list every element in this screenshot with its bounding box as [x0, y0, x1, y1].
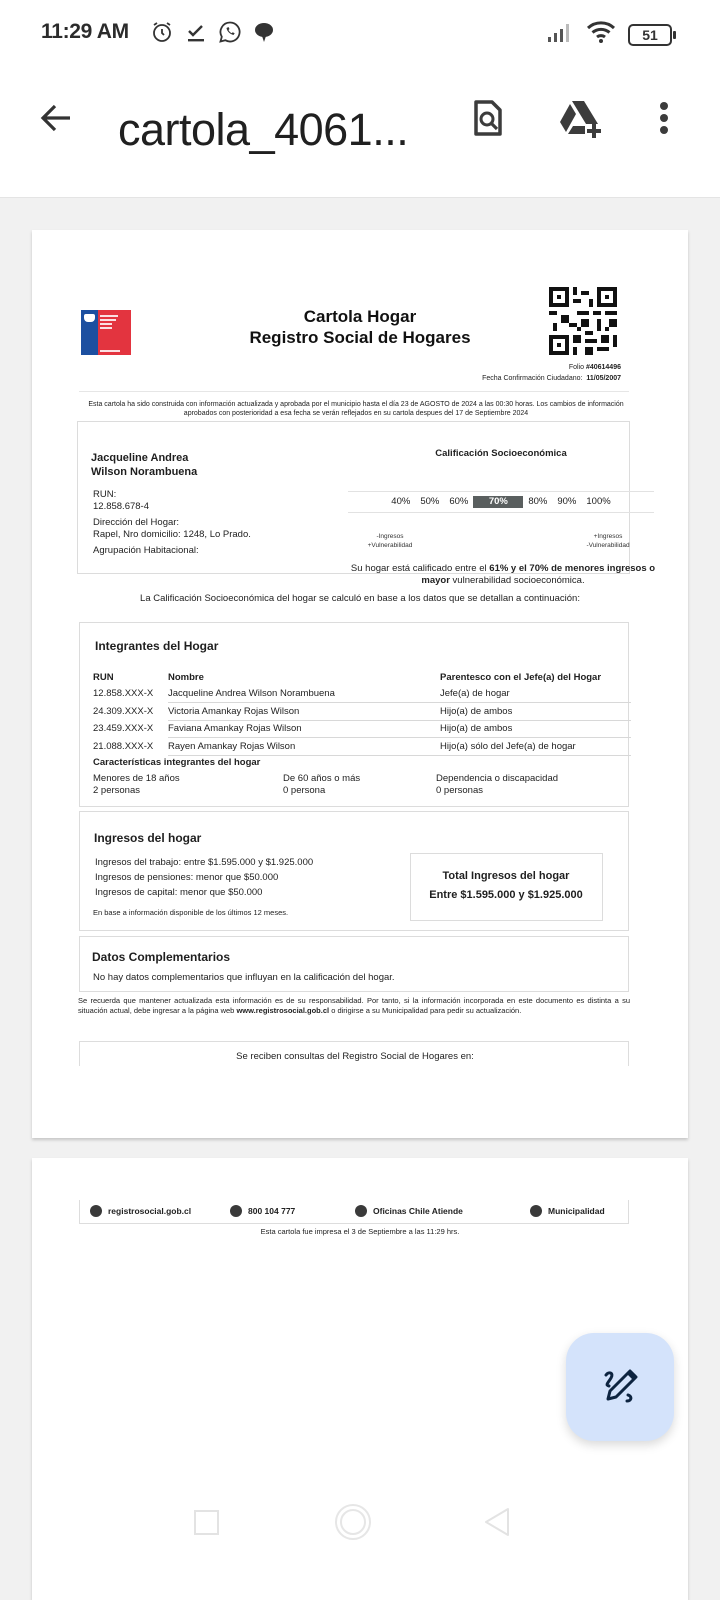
add-to-drive-icon[interactable]: [558, 98, 598, 138]
member-name: Victoria Amankay Rojas Wilson: [168, 703, 440, 721]
back-arrow-icon[interactable]: [36, 98, 76, 138]
member-name: Jacqueline Andrea Wilson Norambuena: [168, 685, 440, 703]
update-notice: Esta cartola ha sido construida con info…: [82, 400, 630, 418]
contact-list: registrosocial.gob.cl800 104 777Oficinas…: [79, 1200, 629, 1224]
members-box: Integrantes del Hogar RUNNombreParentesc…: [79, 622, 629, 807]
member-name: Faviana Amankay Rojas Wilson: [168, 720, 440, 738]
rating-scale-40-pct: 40%: [386, 496, 415, 508]
members-title: Integrantes del Hogar: [95, 639, 218, 653]
rating-left-caption: -Ingresos +Vulnerabilidad: [350, 532, 430, 550]
contact-item: Oficinas Chile Atiende: [355, 1205, 463, 1217]
rating-scale-50-pct: 50%: [415, 496, 444, 508]
contact-label: Oficinas Chile Atiende: [373, 1206, 463, 1216]
table-row: 24.309.XXX-XVictoria Amankay Rojas Wilso…: [93, 703, 631, 721]
total-income-title: Total Ingresos del hogar: [411, 870, 601, 882]
right-caption-2: -Vulnerabilidad: [568, 541, 648, 550]
member-relation: Hijo(a) sólo del Jefe(a) de hogar: [440, 738, 631, 756]
address-label: Dirección del Hogar:: [93, 517, 251, 529]
table-row: 21.088.XXX-XRayen Amankay Rojas WilsonHi…: [93, 738, 631, 756]
app-bar: cartola_4061...: [0, 68, 720, 198]
person-name-line2: Wilson Norambuena: [91, 465, 197, 479]
reminder-text: Se recuerda que mantener actualizada est…: [78, 996, 630, 1015]
member-run: 12.858.XXX-X: [93, 685, 168, 703]
recents-square-icon[interactable]: [193, 1508, 221, 1541]
run-label: RUN:: [93, 489, 251, 501]
contact-label: registrosocial.gob.cl: [108, 1206, 191, 1216]
characteristic-item: De 60 años o más0 persona: [283, 773, 360, 797]
contact-label: Municipalidad: [548, 1206, 605, 1216]
rating-title: Calificación Socioeconómica: [348, 448, 654, 459]
summary-post: vulnerabilidad socioeconómica.: [450, 575, 585, 586]
table-row: 23.459.XXX-XFaviana Amankay Rojas Wilson…: [93, 720, 631, 738]
characteristics-title: Características integrantes del hogar: [93, 757, 260, 768]
complementary-box: Datos Complementarios No hay datos compl…: [79, 936, 629, 992]
characteristic-label: Dependencia o discapacidad: [436, 773, 558, 785]
rating-scale: 40%50%60%70%80%90%100%: [348, 491, 654, 513]
rating-scale-90-pct: 90%: [552, 496, 581, 508]
registro-link[interactable]: www.registrosocial.gob.cl: [236, 1006, 329, 1015]
income-title: Ingresos del hogar: [94, 831, 201, 845]
characteristic-value: 0 personas: [436, 785, 558, 797]
member-relation: Hijo(a) de ambos: [440, 703, 631, 721]
complementary-title: Datos Complementarios: [92, 950, 230, 964]
rating-summary: Su hogar está calificado entre el 61% y …: [350, 563, 656, 587]
signal-icon: [546, 21, 574, 48]
address-value: Rapel, Nro domicilio: 1248, Lo Prado.: [93, 529, 251, 541]
income-box: Ingresos del hogar Ingresos del trabajo:…: [79, 811, 629, 931]
search-in-document-icon[interactable]: [468, 98, 508, 138]
contact-label: 800 104 777: [248, 1206, 295, 1216]
member-name: Rayen Amankay Rojas Wilson: [168, 738, 440, 756]
member-relation: Hijo(a) de ambos: [440, 720, 631, 738]
summary-pre: Su hogar está calificado entre el: [351, 563, 489, 574]
pdf-page-1[interactable]: Cartola Hogar Registro Social de Hogares…: [32, 230, 688, 1138]
printed-note: Esta cartola fue impresa el 3 de Septiem…: [32, 1227, 688, 1236]
document-title: cartola_4061...: [118, 104, 408, 156]
characteristic-value: 0 persona: [283, 785, 360, 797]
qr-code: [549, 287, 617, 355]
folio-label: Folio: [569, 364, 584, 371]
status-bar: 11:29 AM 51: [0, 0, 720, 68]
income-note: En base a información disponible de los …: [93, 908, 288, 917]
characteristic-item: Dependencia o discapacidad0 personas: [436, 773, 558, 797]
status-time: 11:29 AM: [41, 20, 129, 44]
building-icon: [530, 1205, 542, 1217]
back-triangle-icon[interactable]: [482, 1506, 512, 1543]
monitor-icon: [90, 1205, 102, 1217]
download-done-icon: [184, 20, 208, 44]
navigation-bar: [0, 1490, 720, 1560]
column-header: RUN: [93, 669, 168, 685]
member-run: 21.088.XXX-X: [93, 738, 168, 756]
table-row: 12.858.XXX-XJacqueline Andrea Wilson Nor…: [93, 685, 631, 703]
income-line: Ingresos de pensiones: menor que $50.000: [95, 870, 313, 885]
run-value: 12.858.678-4: [93, 501, 251, 513]
members-table: RUNNombreParentesco con el Jefe(a) del H…: [93, 669, 631, 756]
contact-box-top: Se reciben consultas del Registro Social…: [79, 1041, 629, 1066]
member-run: 24.309.XXX-X: [93, 703, 168, 721]
characteristic-item: Menores de 18 años2 personas: [93, 773, 180, 797]
battery-icon: 51: [628, 24, 672, 46]
income-line: Ingresos del trabajo: entre $1.595.000 y…: [95, 855, 313, 870]
confirmation-date: Fecha Confirmación Ciudadano: 11/05/2007: [482, 375, 621, 382]
person-name-line1: Jacqueline Andrea: [91, 451, 197, 465]
member-run: 23.459.XXX-X: [93, 720, 168, 738]
confirmation-value: 11/05/2007: [586, 375, 621, 382]
home-circle-icon[interactable]: [333, 1502, 373, 1547]
wifi-icon: [586, 20, 616, 49]
left-caption-1: -Ingresos: [350, 532, 430, 541]
folio-value: #40614496: [586, 364, 621, 371]
calc-note: La Calificación Socioeconómica del hogar…: [32, 593, 688, 604]
income-line: Ingresos de capital: menor que $50.000: [95, 885, 313, 900]
more-vert-icon[interactable]: [644, 98, 684, 138]
contact-item: Municipalidad: [530, 1205, 605, 1217]
confirmation-label: Fecha Confirmación Ciudadano:: [482, 375, 582, 382]
contact-item: 800 104 777: [230, 1205, 295, 1217]
characteristic-label: De 60 años o más: [283, 773, 360, 785]
complementary-text: No hay datos complementarios que influya…: [93, 972, 395, 983]
phone-icon: [230, 1205, 242, 1217]
rating-right-caption: +Ingresos -Vulnerabilidad: [568, 532, 648, 550]
edit-signature-icon: [598, 1365, 642, 1409]
contact-item: registrosocial.gob.cl: [90, 1205, 191, 1217]
member-relation: Jefe(a) de hogar: [440, 685, 631, 703]
column-header: Nombre: [168, 669, 440, 685]
rating-scale-60-pct: 60%: [444, 496, 473, 508]
total-income-box: Total Ingresos del hogar Entre $1.595.00…: [410, 853, 603, 921]
contact-title: Se reciben consultas del Registro Social…: [80, 1051, 630, 1062]
total-income-value: Entre $1.595.000 y $1.925.000: [411, 889, 601, 901]
rating-scale-80-pct: 80%: [523, 496, 552, 508]
rating-scale-100-pct: 100%: [581, 496, 615, 508]
whatsapp-icon: [218, 20, 242, 44]
characteristic-value: 2 personas: [93, 785, 180, 797]
folio: Folio #40614496: [569, 364, 621, 371]
characteristic-label: Menores de 18 años: [93, 773, 180, 785]
household-summary-box: Jacqueline Andrea Wilson Norambuena RUN:…: [77, 421, 630, 574]
edit-signature-button[interactable]: [566, 1333, 674, 1441]
grouping-label: Agrupación Habitacional:: [93, 545, 251, 557]
rating-scale-70-pct: 70%: [473, 496, 523, 508]
alarm-icon: [150, 20, 174, 44]
column-header: Parentesco con el Jefe(a) del Hogar: [440, 669, 631, 685]
right-caption-1: +Ingresos: [568, 532, 648, 541]
left-caption-2: +Vulnerabilidad: [350, 541, 430, 550]
office-icon: [355, 1205, 367, 1217]
reminder-post: o dirigirse a su Municipalidad para pedi…: [329, 1006, 521, 1015]
chat-bubble-icon: [252, 20, 276, 44]
